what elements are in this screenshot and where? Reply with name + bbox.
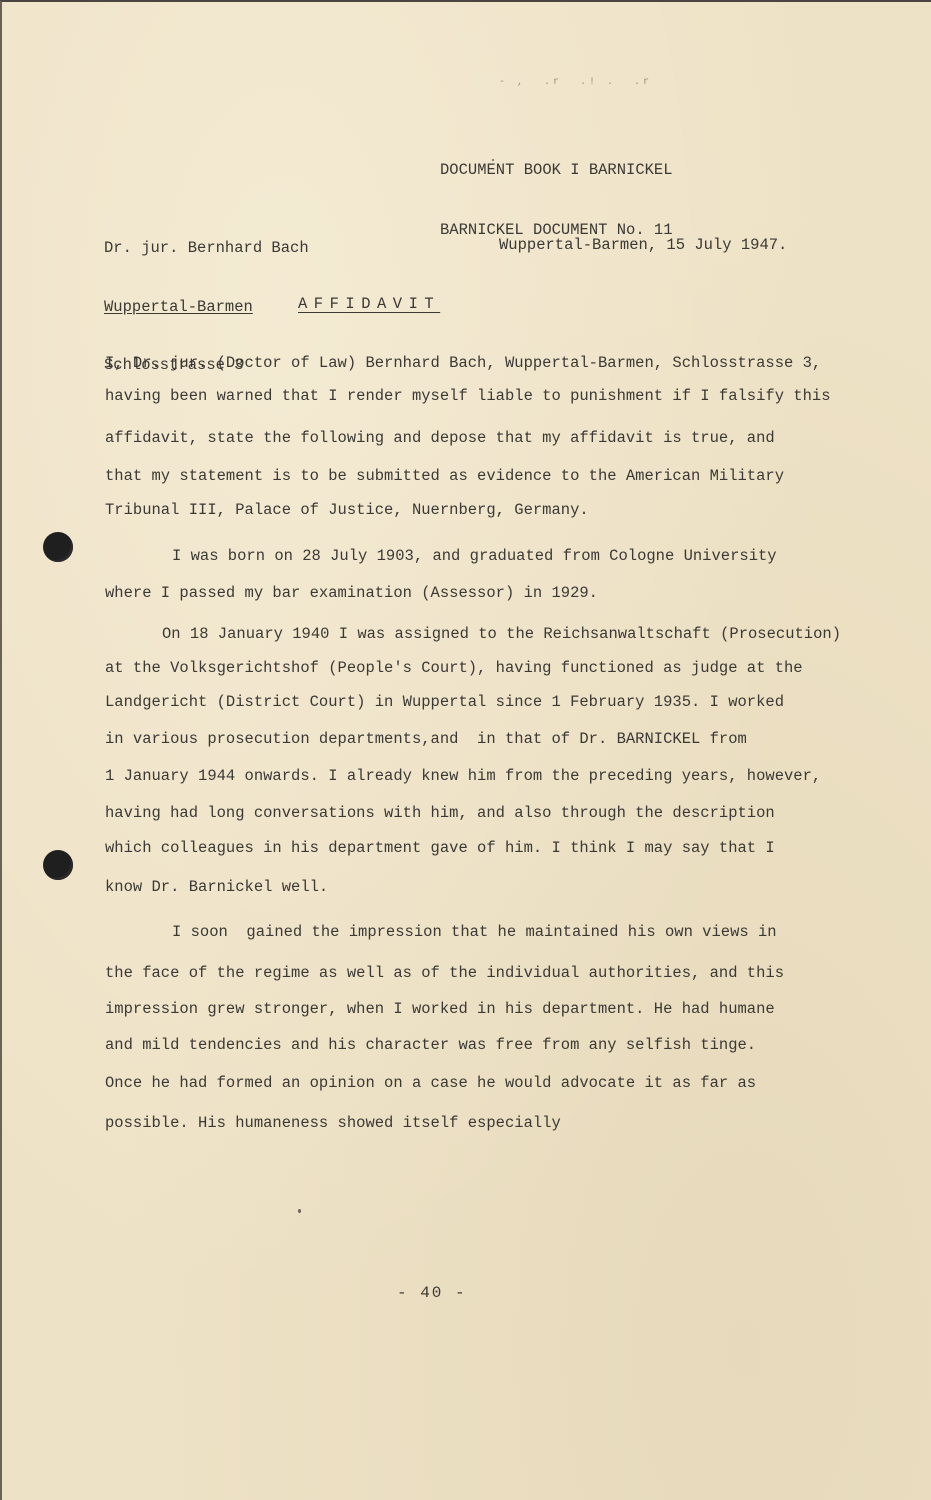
body-line: 1 January 1944 onwards. I already knew h…	[105, 767, 821, 785]
sender-city: Wuppertal-Barmen	[104, 298, 309, 318]
body-line: affidavit, state the following and depos…	[105, 429, 775, 447]
body-line: Landgericht (District Court) in Wupperta…	[105, 693, 784, 711]
document-page: - , .r .! . .r DOCUMENT BOOK I BARNICKEL…	[0, 0, 931, 1500]
ink-speck	[298, 1209, 301, 1213]
body-line: the face of the regime as well as of the…	[105, 964, 784, 982]
body-line: having been warned that I render myself …	[105, 387, 831, 405]
body-line: in various prosecution departments,and i…	[105, 730, 747, 748]
body-line: possible. His humaneness showed itself e…	[105, 1114, 561, 1132]
place-and-date: Wuppertal-Barmen, 15 July 1947.	[499, 236, 787, 254]
document-book-line: DOCUMENT BOOK I BARNICKEL	[440, 160, 673, 180]
page-number: - 40 -	[397, 1284, 467, 1302]
body-line: know Dr. Barnickel well.	[105, 878, 328, 896]
body-line: which colleagues in his department gave …	[105, 839, 775, 857]
body-line: I was born on 28 July 1903, and graduate…	[172, 547, 777, 565]
body-line: having had long conversations with him, …	[105, 804, 775, 822]
body-line: that my statement is to be submitted as …	[105, 467, 784, 485]
body-line: I soon gained the impression that he mai…	[172, 923, 777, 941]
body-line: impression grew stronger, when I worked …	[105, 1000, 775, 1018]
body-line: Tribunal III, Palace of Justice, Nuernbe…	[105, 501, 589, 519]
document-header: DOCUMENT BOOK I BARNICKEL BARNICKEL DOCU…	[440, 120, 673, 280]
ink-speck	[492, 159, 494, 161]
document-title: AFFIDAVIT	[298, 295, 440, 313]
body-line: at the Volksgerichtshof (People's Court)…	[105, 659, 803, 677]
sender-name: Dr. jur. Bernhard Bach	[104, 239, 309, 259]
body-line: where I passed my bar examination (Asses…	[105, 584, 598, 602]
faint-stamp-marks: - , .r .! . .r	[499, 77, 652, 88]
sender-address: Dr. jur. Bernhard Bach Wuppertal-Barmen …	[104, 200, 309, 415]
punch-hole-lower	[43, 850, 73, 880]
body-line: I, Dr. jur. (Doctor of Law) Bernhard Bac…	[105, 354, 821, 372]
body-line: On 18 January 1940 I was assigned to the…	[162, 625, 841, 643]
punch-hole-upper	[43, 532, 73, 562]
body-line: Once he had formed an opinion on a case …	[105, 1074, 756, 1092]
body-line: and mild tendencies and his character wa…	[105, 1036, 756, 1054]
